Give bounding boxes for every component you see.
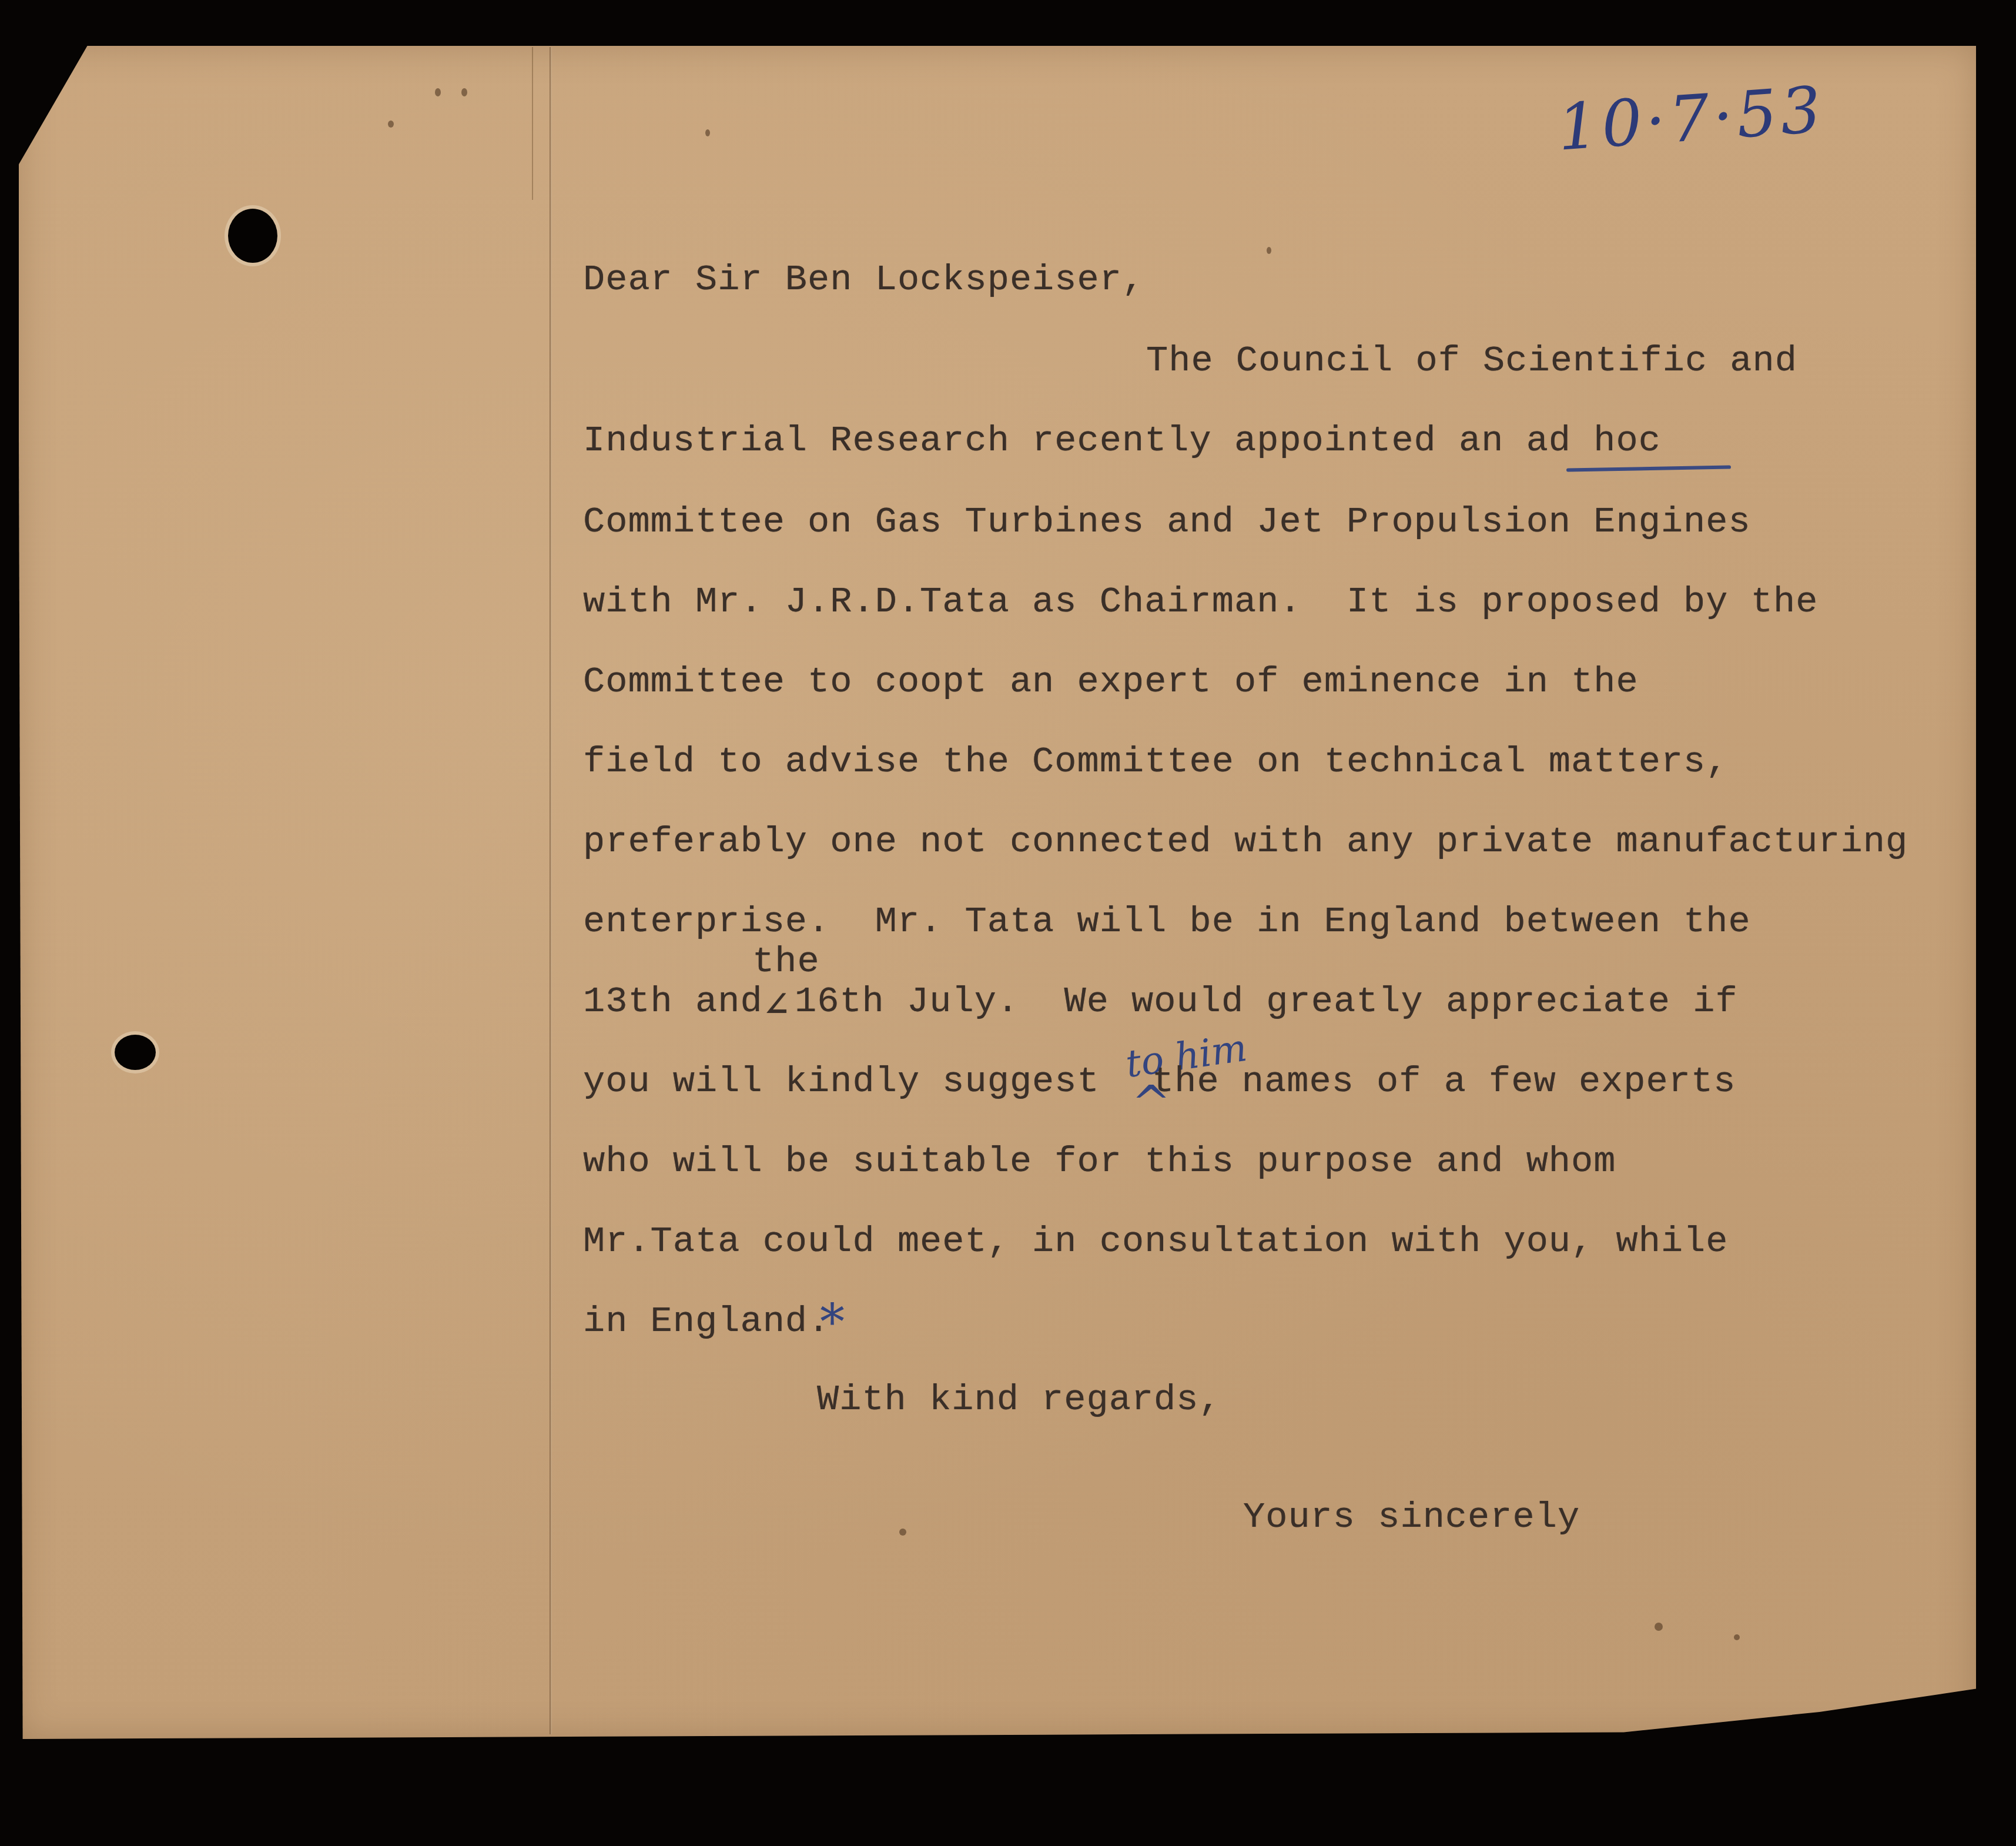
paper-speck bbox=[461, 88, 467, 96]
closing: With kind regards, bbox=[817, 1379, 1221, 1420]
body-line-7: preferably one not connected with any pr… bbox=[583, 821, 1908, 862]
body-line-6: field to advise the Committee on technic… bbox=[583, 741, 1729, 782]
punch-hole-top bbox=[228, 209, 277, 263]
body-line-8: enterprise. Mr. Tata will be in England … bbox=[583, 901, 1751, 942]
paper-speck bbox=[435, 88, 441, 96]
body-line-2: Industrial Research recently appointed a… bbox=[583, 420, 1661, 461]
body-line-5: Committee to coopt an expert of eminence… bbox=[583, 661, 1639, 703]
body-line-11: who will be suitable for this purpose an… bbox=[583, 1141, 1616, 1182]
body-line-10b: the names of a few experts bbox=[1152, 1061, 1736, 1102]
handwritten-asterisk-mark: * bbox=[820, 1293, 845, 1351]
salutation: Dear Sir Ben Lockspeiser, bbox=[583, 259, 1144, 300]
body-line-3: Committee on Gas Turbines and Jet Propul… bbox=[583, 501, 1751, 543]
paper-speck bbox=[1267, 247, 1271, 254]
body-line-9a: 13th and bbox=[583, 981, 763, 1022]
punch-hole-bottom bbox=[115, 1035, 156, 1070]
inserted-word-the: the bbox=[752, 941, 820, 982]
paper-speck bbox=[705, 129, 710, 136]
crease-mark bbox=[532, 47, 533, 200]
signoff: Yours sincerely bbox=[1243, 1496, 1580, 1538]
body-line-10a: you will kindly suggest bbox=[583, 1061, 1100, 1102]
fold-line bbox=[550, 47, 552, 1734]
paper-speck bbox=[899, 1529, 906, 1536]
body-line-9b: 16th July. We would greatly appreciate i… bbox=[795, 981, 1738, 1022]
body-line-13: in England. bbox=[583, 1300, 830, 1342]
paper-speck bbox=[1734, 1634, 1740, 1640]
body-line-12: Mr.Tata could meet, in consultation with… bbox=[583, 1220, 1729, 1262]
paper-speck bbox=[388, 121, 394, 128]
body-line-1: The Council of Scientific and bbox=[1146, 340, 1797, 382]
body-line-4: with Mr. J.R.D.Tata as Chairman. It is p… bbox=[583, 581, 1818, 623]
paper-speck bbox=[1655, 1623, 1663, 1631]
insert-caret-mark: ∠ bbox=[764, 981, 789, 1032]
